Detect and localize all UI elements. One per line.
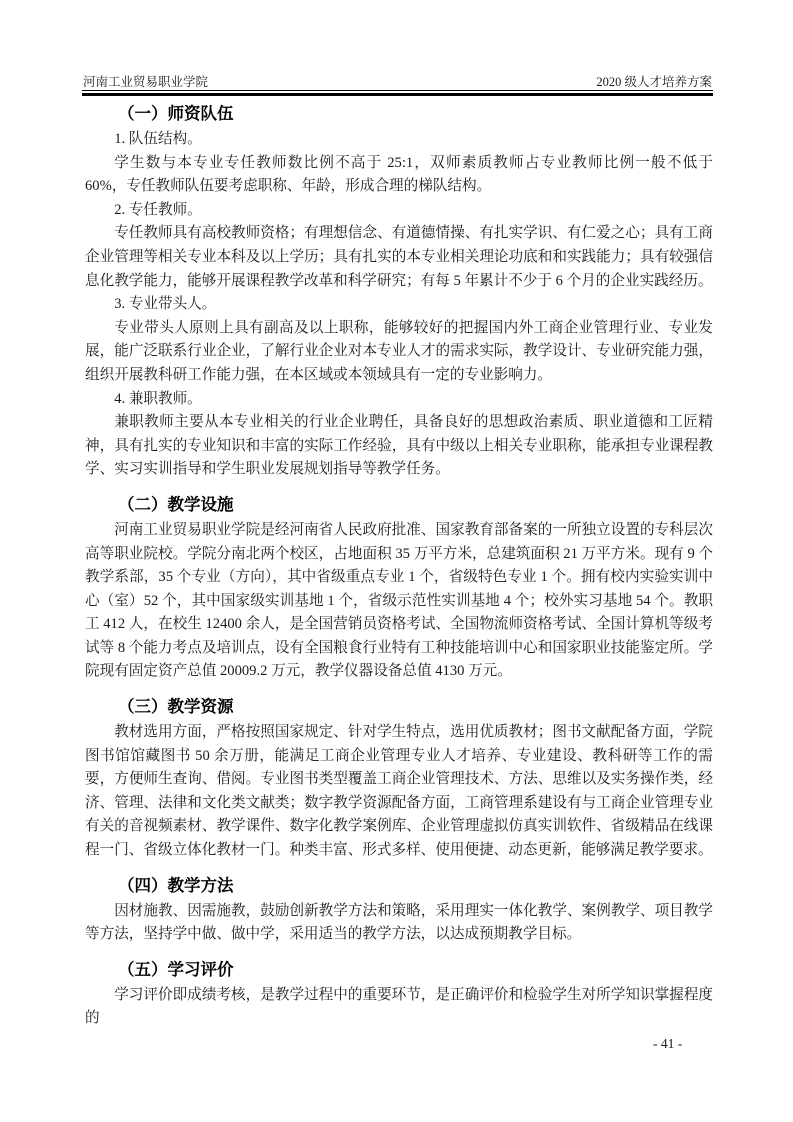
document-body: （一）师资队伍1. 队伍结构。学生数与本专业专任教师数比例不高于 25:1，双师… — [85, 91, 713, 1031]
section-heading: （三）教学资源 — [85, 695, 713, 719]
paragraph: 专业带头人原则上具有副高及以上职称，能够较好的把握国内外工商企业管理行业、专业发… — [85, 317, 713, 388]
header-document-title: 2020 级人才培养方案 — [596, 75, 712, 89]
section-heading: （二）教学设施 — [85, 493, 713, 517]
section-heading: （一）师资队伍 — [85, 102, 713, 126]
paragraph: 因材施教、因需施教，鼓励创新教学方法和策略，采用理实一体化教学、案例教学、项目教… — [85, 900, 713, 947]
section-heading: （四）教学方法 — [85, 874, 713, 898]
paragraph: 教材选用方面，严格按照国家规定、针对学生特点，选用优质教材；图书文献配备方面，学… — [85, 721, 713, 863]
page-footer: - 41 - — [653, 1036, 682, 1052]
page-number: - 41 - — [653, 1036, 682, 1051]
paragraph: 学习评价即成绩考核，是教学过程中的重要环节，是正确评价和检验学生对所学知识掌握程… — [85, 984, 713, 1031]
paragraph: 3. 专业带头人。 — [85, 293, 713, 317]
header-school-name: 河南工业贸易职业学院 — [83, 75, 208, 89]
paragraph: 专任教师具有高校教师资格；有理想信念、有道德情操、有扎实学识、有仁爱之心；具有工… — [85, 222, 713, 293]
section-heading: （五）学习评价 — [85, 958, 713, 982]
page-header: 河南工业贸易职业学院 2020 级人才培养方案 — [83, 75, 712, 89]
paragraph: 学生数与本专业专任教师数比例不高于 25:1，双师素质教师占专业教师比例一般不低… — [85, 152, 713, 199]
paragraph: 2. 专任教师。 — [85, 199, 713, 223]
paragraph: 1. 队伍结构。 — [85, 128, 713, 152]
paragraph: 河南工业贸易职业学院是经河南省人民政府批准、国家教育部备案的一所独立设置的专科层… — [85, 519, 713, 684]
paragraph: 4. 兼职教师。 — [85, 388, 713, 412]
paragraph: 兼职教师主要从本专业相关的行业企业聘任，具备良好的思想政治素质、职业道德和工匠精… — [85, 411, 713, 482]
